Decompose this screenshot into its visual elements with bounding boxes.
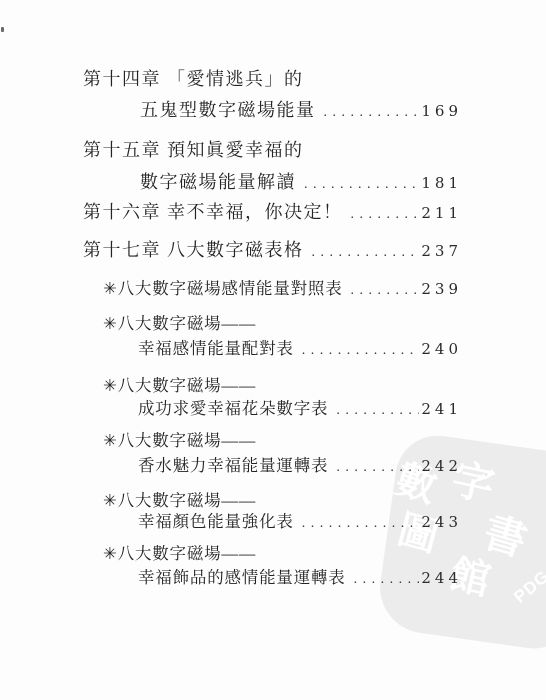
- toc-entry-chapter-15-line1: 第十五章 預知眞愛幸福的: [83, 140, 304, 161]
- entry-text: ✳八大數字磁場——: [103, 491, 256, 510]
- dot-leader: ........................................…: [302, 516, 420, 532]
- page-number: 211: [421, 205, 462, 222]
- toc-subentry-6-line2: 幸福飾品的感情能量運轉表 ...........................…: [138, 569, 462, 588]
- toc-subentry-5-line1: ✳八大數字磁場——: [103, 492, 256, 511]
- toc-subentry-2-line2: 幸福感情能量配對表 ..............................…: [138, 340, 462, 359]
- dot-leader: ........................................…: [351, 283, 420, 299]
- page-number: 237: [421, 243, 462, 260]
- toc-subentry-3-line1: ✳八大數字磁場——: [103, 377, 256, 396]
- entry-text: ✳八大數字磁場——: [103, 314, 256, 333]
- dot-leader: ........................................…: [302, 343, 420, 359]
- dot-leader: ........................................…: [336, 403, 419, 419]
- entry-text: 香水魅力幸福能量運轉表: [138, 457, 328, 476]
- page-number: 240: [421, 341, 462, 358]
- toc-subentry-6-line1: ✳八大數字磁場——: [103, 545, 256, 564]
- toc-subentry-4-line2: 香水魅力幸福能量運轉表 ............................…: [138, 457, 462, 476]
- toc-subentry-1: ✳八大數字磁場感情能量對照表 .........................…: [103, 280, 462, 299]
- page-number: 239: [421, 281, 462, 298]
- toc-entry-chapter-17: 第十七章 八大數字磁表格 ...........................…: [83, 240, 462, 261]
- entry-text: ✳八大數字磁場——: [103, 431, 256, 450]
- entry-text: 五鬼型數字磁場能量: [140, 100, 316, 121]
- entry-text: 數字磁場能量解讀: [140, 172, 296, 193]
- toc-entry-chapter-16: 第十六章 幸不幸福，你决定！ .........................…: [83, 202, 462, 223]
- page-number: 244: [421, 570, 462, 587]
- scan-artifact-speck: [1, 27, 4, 32]
- page-number: 181: [421, 175, 462, 192]
- dot-leader: ........................................…: [324, 105, 420, 121]
- entry-text: 第十七章 八大數字磁表格: [83, 240, 304, 261]
- entry-text: 第十四章 「愛情逃兵」的: [83, 69, 304, 89]
- entry-text: 第十六章 幸不幸福，你决定！: [83, 202, 343, 223]
- entry-text: ✳八大數字磁場——: [103, 376, 256, 395]
- toc-subentry-5-line2: 幸福顏色能量強化表 ..............................…: [138, 513, 462, 532]
- dot-leader: ........................................…: [351, 207, 420, 223]
- entry-text: ✳八大數字磁場——: [103, 544, 256, 563]
- toc-subentry-2-line1: ✳八大數字磁場——: [103, 315, 256, 334]
- page-number: 242: [421, 458, 462, 475]
- page-number: 241: [421, 401, 462, 418]
- dot-leader: ........................................…: [354, 572, 420, 588]
- dot-leader: ........................................…: [312, 245, 420, 261]
- dot-leader: ........................................…: [336, 460, 419, 476]
- entry-text: 成功求愛幸福花朵數字表: [138, 400, 328, 419]
- toc-entry-chapter-14-line2: 五鬼型數字磁場能量 ..............................…: [140, 100, 462, 121]
- toc-entry-chapter-15-line2: 數字磁場能量解讀 ...............................…: [140, 172, 462, 193]
- scanned-toc-page: 數 字 圖 書 館 PDG 第十四章 「愛情逃兵」的 五鬼型數字磁場能量 ...…: [0, 0, 546, 700]
- entry-text: 幸福顏色能量強化表: [138, 513, 294, 532]
- page-number: 169: [421, 103, 462, 120]
- page-number: 243: [421, 514, 462, 531]
- entry-text: 幸福飾品的感情能量運轉表: [138, 569, 346, 588]
- toc-subentry-3-line2: 成功求愛幸福花朵數字表 ............................…: [138, 400, 462, 419]
- entry-text: 第十五章 預知眞愛幸福的: [83, 140, 304, 160]
- entry-text: ✳八大數字磁場感情能量對照表: [103, 280, 343, 299]
- dot-leader: ........................................…: [304, 177, 419, 193]
- entry-text: 幸福感情能量配對表: [138, 340, 294, 359]
- toc-entry-chapter-14-line1: 第十四章 「愛情逃兵」的: [83, 69, 304, 90]
- toc-subentry-4-line1: ✳八大數字磁場——: [103, 432, 256, 451]
